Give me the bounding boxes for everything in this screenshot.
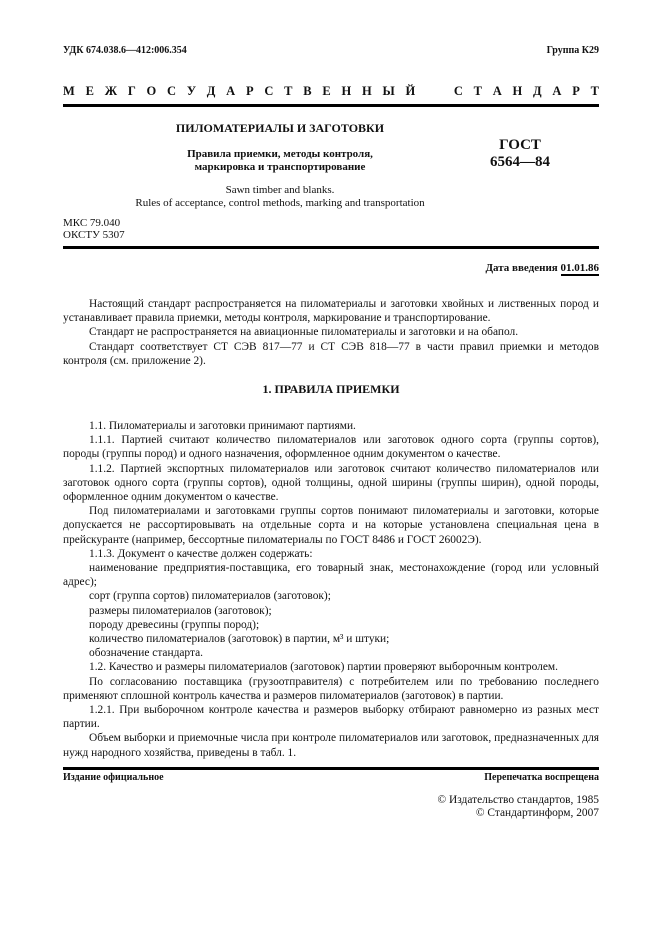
banner-letter: Н	[342, 84, 352, 99]
document-subtitle: Правила приемки, методы контроля, маркир…	[130, 148, 430, 174]
banner-letter: М	[63, 84, 75, 99]
gost-label: ГОСТ	[470, 137, 570, 154]
reprint-notice: Перепечатка воспрещена	[484, 772, 599, 783]
english-title-line-1: Sawn timber and blanks.	[60, 184, 500, 197]
banner-letter: В	[303, 84, 311, 99]
effective-date: Дата введения 01.01.86	[485, 262, 599, 274]
group-code: Группа К29	[547, 45, 599, 56]
banner-letter: А	[552, 84, 561, 99]
section-paragraph: Под пиломатериалами и заготовками группы…	[63, 504, 599, 547]
section-body: 1.1. Пиломатериалы и заготовки принимают…	[63, 419, 599, 760]
section-paragraph: 1.1.2. Партией экспортных пиломатериалов…	[63, 462, 599, 505]
banner-letter: С	[264, 84, 273, 99]
effective-date-label: Дата введения	[485, 262, 557, 274]
document-title: ПИЛОМАТЕРИАЛЫ И ЗАГОТОВКИ	[130, 121, 430, 136]
banner-letter: А	[226, 84, 235, 99]
title-rule	[63, 246, 599, 249]
copyright-1985: © Издательство стандартов, 1985	[438, 794, 599, 807]
section-paragraph: 1.2.1. При выборочном контроле качества …	[63, 703, 599, 731]
banner-letter: Т	[474, 84, 482, 99]
banner-letter: У	[187, 84, 196, 99]
english-title-line-2: Rules of acceptance, control methods, ma…	[60, 197, 500, 210]
banner-letter: Ы	[383, 84, 395, 99]
section-paragraph: породу древесины (группы пород);	[63, 618, 599, 632]
okstu-code: ОКСТУ 5307	[63, 229, 125, 241]
copyright-2007: © Стандартинформ, 2007	[438, 807, 599, 820]
banner-letter: Н	[362, 84, 372, 99]
section-paragraph: количество пиломатериалов (заготовок) в …	[63, 632, 599, 646]
banner-letter: Е	[86, 84, 94, 99]
english-title: Sawn timber and blanks. Rules of accepta…	[60, 184, 500, 210]
banner-letter: Н	[513, 84, 523, 99]
banner-letter: Р	[572, 84, 580, 99]
copyright-block: © Издательство стандартов, 1985 © Станда…	[438, 794, 599, 820]
section-paragraph: обозначение стандарта.	[63, 646, 599, 660]
banner-letter: Т	[284, 84, 292, 99]
banner-letter: Р	[246, 84, 254, 99]
gost-number: 6564—84	[470, 154, 570, 171]
banner-letter	[440, 84, 443, 99]
footer-rule	[63, 767, 599, 770]
section-paragraph: наименование предприятия-поставщика, его…	[63, 561, 599, 589]
section-paragraph: размеры пиломатериалов (заготовок);	[63, 604, 599, 618]
header-rule	[63, 104, 599, 107]
effective-date-value: 01.01.86	[561, 262, 600, 276]
official-edition-label: Издание официальное	[63, 772, 164, 783]
section-paragraph: По согласованию поставщика (грузоотправи…	[63, 675, 599, 703]
banner-letter: Т	[591, 84, 599, 99]
section-paragraph: Объем выборки и приемочные числа при кон…	[63, 731, 599, 759]
banner-letter: Г	[128, 84, 136, 99]
section-paragraph: 1.1.1. Партией считают количество пилома…	[63, 433, 599, 461]
banner-letter	[426, 84, 429, 99]
subtitle-line-2: маркировка и транспортирование	[130, 161, 430, 174]
section-heading: 1. ПРАВИЛА ПРИЕМКИ	[63, 382, 599, 397]
intro-paragraph: Стандарт соответствует СТ СЭВ 817—77 и С…	[63, 340, 599, 368]
section-paragraph: 1.2. Качество и размеры пиломатериалов (…	[63, 660, 599, 674]
section-paragraph: 1.1. Пиломатериалы и заготовки принимают…	[63, 419, 599, 433]
classification-codes: МКС 79.040 ОКСТУ 5307	[63, 217, 125, 241]
banner-letter: С	[167, 84, 176, 99]
intro-paragraph: Стандарт не распространяется на авиацион…	[63, 325, 599, 339]
udk-code: УДК 674.038.6—412:006.354	[63, 45, 187, 56]
banner-letter: Й	[406, 84, 416, 99]
banner-letter: А	[493, 84, 502, 99]
banner-letter: Д	[533, 84, 542, 99]
banner-letter: Д	[207, 84, 216, 99]
interstate-standard-banner: МЕЖГОСУДАРСТВЕННЫЙ СТАНДАРТ	[63, 84, 599, 99]
mks-code: МКС 79.040	[63, 217, 125, 229]
banner-letter: О	[147, 84, 157, 99]
banner-letter: Ж	[105, 84, 117, 99]
banner-letter: С	[454, 84, 463, 99]
section-paragraph: сорт (группа сортов) пиломатериалов (заг…	[63, 589, 599, 603]
section-paragraph: 1.1.3. Документ о качестве должен содерж…	[63, 547, 599, 561]
gost-designation: ГОСТ 6564—84	[470, 137, 570, 171]
subtitle-line-1: Правила приемки, методы контроля,	[130, 148, 430, 161]
intro-paragraph: Настоящий стандарт распространяется на п…	[63, 297, 599, 325]
banner-letter: Е	[322, 84, 330, 99]
intro-text: Настоящий стандарт распространяется на п…	[63, 297, 599, 368]
